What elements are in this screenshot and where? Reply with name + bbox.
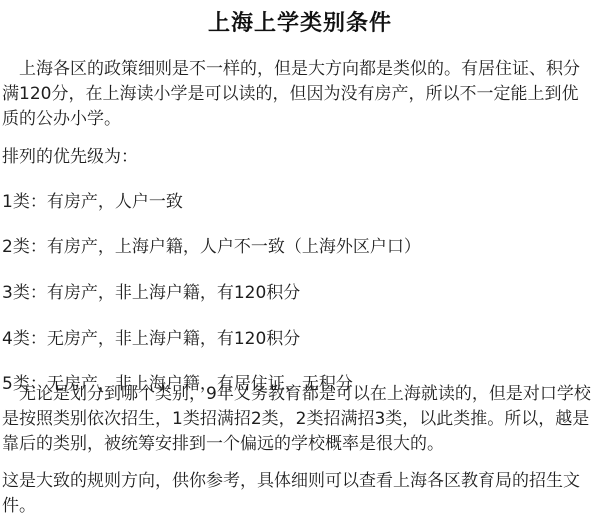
category-item-3: 3类：有房产，非上海户籍，有120积分 (2, 281, 300, 306)
page-title: 上海上学类别条件 (0, 6, 600, 37)
priority-heading: 排列的优先级为： (2, 145, 138, 170)
explanation-paragraph: 无论是划分到哪个类别，9年义务教育都是可以在上海就读的，但是对口学校是按照类别依… (2, 382, 594, 457)
category-item-4: 4类：无房产，非上海户籍，有120积分 (2, 327, 300, 352)
category-item-2: 2类：有房产，上海户籍，人户不一致（上海外区户口） (2, 235, 421, 260)
intro-paragraph: 上海各区的政策细则是不一样的，但是大方向都是类似的。有居住证、积分满120分，在… (2, 57, 594, 132)
category-item-1: 1类：有房产，人户一致 (2, 190, 183, 215)
closing-paragraph: 这是大致的规则方向，供你参考，具体细则可以查看上海各区教育局的招生文件。 (2, 469, 594, 519)
